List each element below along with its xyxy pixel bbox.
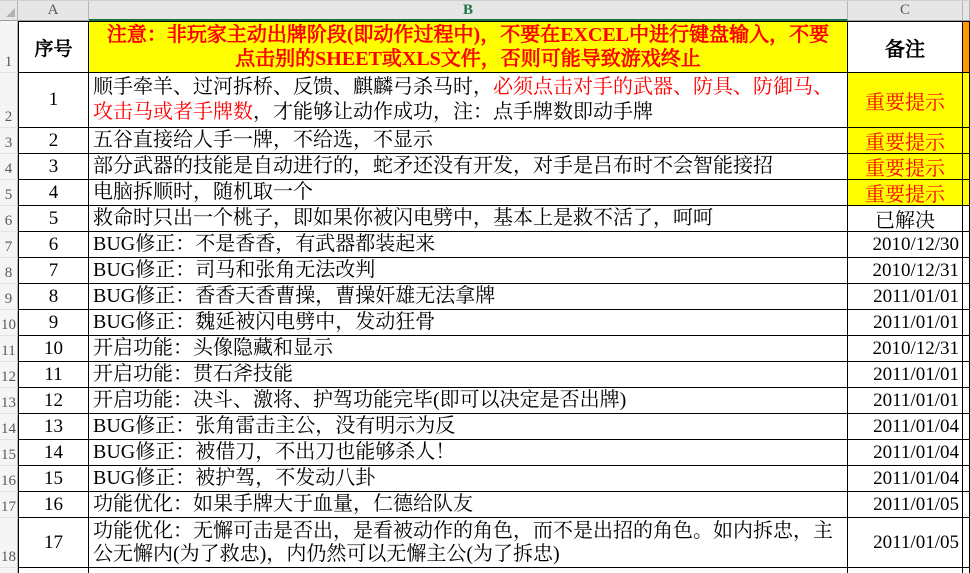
cell-A1[interactable]: 序号 <box>18 21 89 73</box>
cell-B7[interactable]: BUG修正：不是香香，有武器都装起来 <box>89 232 848 258</box>
cell-B13[interactable]: 开启功能：决斗、激将、护驾功能完毕(即可以决定是否出牌) <box>89 388 848 414</box>
cell-A18[interactable]: 17 <box>18 518 89 568</box>
cell-B16[interactable]: BUG修正：被护驾，不发动八卦 <box>89 466 848 492</box>
table-row: 1514BUG修正：被借刀，不出刀也能够杀人！2011/01/04 <box>0 440 970 466</box>
table-row: 65救命时只出一个桃子，即如果你被闪电劈中，基本上是救不活了，呵呵已解决 <box>0 206 970 232</box>
cell-text: 部分武器的技能是自动进行的，蛇矛还没有开发，对手是吕布时不会智能接招 <box>93 154 773 179</box>
cell-A13[interactable]: 12 <box>18 388 89 414</box>
cell-C12[interactable]: 2011/01/01 <box>848 362 963 388</box>
cell-text: 功能优化：如果手牌大于血量，仁德给队友 <box>93 492 473 517</box>
cell-text: 开启功能：头像隐藏和显示 <box>93 336 333 361</box>
cell-D3[interactable] <box>963 128 970 154</box>
cell-C18[interactable]: 2011/01/05 <box>848 518 963 568</box>
row-header-18[interactable]: 18 <box>0 518 18 568</box>
cell-A9[interactable]: 8 <box>18 284 89 310</box>
cell-A8[interactable]: 7 <box>18 258 89 284</box>
row-header-19[interactable] <box>0 568 18 573</box>
row-header-3[interactable]: 3 <box>0 128 18 154</box>
cell-B11[interactable]: 开启功能：头像隐藏和显示 <box>89 336 848 362</box>
cell-C8[interactable]: 2010/12/31 <box>848 258 963 284</box>
partial-row-19 <box>0 568 970 573</box>
cell-B14[interactable]: BUG修正：张角雷击主公，没有明示为反 <box>89 414 848 440</box>
cell-text: 功能优化：无懈可击是否出，是看被动作的角色，而不是出招的角色。如内拆忠，主 公无… <box>93 520 833 566</box>
text-segment: 开启功能：决斗、激将、护驾功能完毕(即可以决定是否出牌) <box>93 389 626 411</box>
table-row: 21顺手牵羊、过河拆桥、反馈、麒麟弓杀马时，必须点击对手的武器、防具、防御马、 … <box>0 73 970 128</box>
cell-A14[interactable]: 13 <box>18 414 89 440</box>
cell-C3[interactable]: 重要提示 <box>848 128 963 154</box>
cell-text: 顺手牵羊、过河拆桥、反馈、麒麟弓杀马时，必须点击对手的武器、防具、防御马、 攻击… <box>93 75 833 125</box>
cell-C16[interactable]: 2011/01/04 <box>848 466 963 492</box>
row-header-7[interactable]: 7 <box>0 232 18 258</box>
text-segment: BUG修正：被借刀，不出刀也能够杀人！ <box>93 441 455 463</box>
table-row: 109BUG修正：魏延被闪电劈中，发动狂骨2011/01/01 <box>0 310 970 336</box>
cell-text: BUG修正：不是香香，有武器都装起来 <box>93 232 435 257</box>
cell-D19[interactable] <box>963 568 970 573</box>
cell-text: 五谷直接给人手一牌，不给选，不显示 <box>93 128 433 153</box>
cell-A4[interactable]: 3 <box>18 154 89 180</box>
cell-C14[interactable]: 2011/01/04 <box>848 414 963 440</box>
text-segment: ，才能够让动作成功，注：点手牌数即动手牌 <box>253 101 653 123</box>
column-header-c[interactable]: C <box>848 1 963 21</box>
row-header-1[interactable]: 1 <box>0 21 18 73</box>
column-header-row: A B C <box>0 1 970 21</box>
cell-text: BUG修正：魏延被闪电劈中，发动狂骨 <box>93 310 435 335</box>
table-row: 43部分武器的技能是自动进行的，蛇矛还没有开发，对手是吕布时不会智能接招重要提示 <box>0 154 970 180</box>
cell-B15[interactable]: BUG修正：被借刀，不出刀也能够杀人！ <box>89 440 848 466</box>
row-header-14[interactable]: 14 <box>0 414 18 440</box>
cell-C13[interactable]: 2011/01/01 <box>848 388 963 414</box>
cell-text: BUG修正：被借刀，不出刀也能够杀人！ <box>93 440 455 465</box>
text-segment: BUG修正：不是香香，有武器都装起来 <box>93 233 435 255</box>
cell-B18[interactable]: 功能优化：无懈可击是否出，是看被动作的角色，而不是出招的角色。如内拆忠，主 公无… <box>89 518 848 568</box>
row-header-11[interactable]: 11 <box>0 336 18 362</box>
row-header-4[interactable]: 4 <box>0 154 18 180</box>
cell-D18[interactable] <box>963 518 970 568</box>
table-row: 98BUG修正：香香天香曹操，曹操奸雄无法拿牌2011/01/01 <box>0 284 970 310</box>
cell-text: BUG修正：被护驾，不发动八卦 <box>93 466 375 491</box>
cell-C19[interactable] <box>848 568 963 573</box>
cell-text: 电脑拆顺时，随机取一个 <box>93 180 313 205</box>
text-segment: BUG修正：被护驾，不发动八卦 <box>93 467 375 489</box>
cell-D9[interactable] <box>963 284 970 310</box>
cell-D14[interactable] <box>963 414 970 440</box>
cell-A19[interactable] <box>18 568 89 573</box>
column-header-a[interactable]: A <box>18 1 89 21</box>
warning-text-segment: 注意：非玩家主动出牌阶段(即动作过程中)，不要在EXCEL中进行键盘输入，不要 … <box>107 24 829 70</box>
text-segment: 救命时只出一个桃子，即如果你被闪电劈中，基本上是救不活了，呵呵 <box>93 207 713 229</box>
table-row: 1716功能优化：如果手牌大于血量，仁德给队友2011/01/05 <box>0 492 970 518</box>
text-segment: 五谷直接给人手一牌，不给选，不显示 <box>93 129 433 151</box>
text-segment: 开启功能：头像隐藏和显示 <box>93 337 333 359</box>
row-header-10[interactable]: 10 <box>0 310 18 336</box>
table-row: 87BUG修正：司马和张角无法改判2010/12/31 <box>0 258 970 284</box>
cell-B2[interactable]: 顺手牵羊、过河拆桥、反馈、麒麟弓杀马时，必须点击对手的武器、防具、防御马、 攻击… <box>89 73 848 128</box>
table-row: 1110开启功能：头像隐藏和显示2010/12/31 <box>0 336 970 362</box>
cell-text: BUG修正：司马和张角无法改判 <box>93 258 375 283</box>
text-segment: 顺手牵羊、过河拆桥、反馈、麒麟弓杀马时， <box>93 76 493 98</box>
cell-A7[interactable]: 6 <box>18 232 89 258</box>
cell-B19[interactable] <box>89 568 848 573</box>
cell-C7[interactable]: 2010/12/30 <box>848 232 963 258</box>
cell-D13[interactable] <box>963 388 970 414</box>
cell-C1[interactable]: 备注 <box>848 21 963 73</box>
row-header-17[interactable]: 17 <box>0 492 18 518</box>
cell-A10[interactable]: 9 <box>18 310 89 336</box>
cell-A17[interactable]: 16 <box>18 492 89 518</box>
row-header-13[interactable]: 13 <box>0 388 18 414</box>
select-all-corner[interactable] <box>0 1 18 21</box>
cell-D8[interactable] <box>963 258 970 284</box>
cell-A12[interactable]: 11 <box>18 362 89 388</box>
cell-C9[interactable]: 2011/01/01 <box>848 284 963 310</box>
row-header-9[interactable]: 9 <box>0 284 18 310</box>
cell-A16[interactable]: 15 <box>18 466 89 492</box>
cell-text: 救命时只出一个桃子，即如果你被闪电劈中，基本上是救不活了，呵呵 <box>93 206 713 231</box>
table-row: 1序号注意：非玩家主动出牌阶段(即动作过程中)，不要在EXCEL中进行键盘输入，… <box>0 21 970 73</box>
cell-B9[interactable]: BUG修正：香香天香曹操，曹操奸雄无法拿牌 <box>89 284 848 310</box>
table-row: 1312开启功能：决斗、激将、护驾功能完毕(即可以决定是否出牌)2011/01/… <box>0 388 970 414</box>
cell-D4[interactable] <box>963 154 970 180</box>
text-segment: 开启功能：贯石斧技能 <box>93 363 293 385</box>
cell-A15[interactable]: 14 <box>18 440 89 466</box>
cell-D16[interactable] <box>963 466 970 492</box>
cell-D11[interactable] <box>963 336 970 362</box>
cell-D2[interactable] <box>963 73 970 128</box>
row-header-6[interactable]: 6 <box>0 206 18 232</box>
cell-C2[interactable]: 重要提示 <box>848 73 963 128</box>
cell-D12[interactable] <box>963 362 970 388</box>
text-segment: 功能优化：如果手牌大于血量，仁德给队友 <box>93 493 473 515</box>
cell-B4[interactable]: 部分武器的技能是自动进行的，蛇矛还没有开发，对手是吕布时不会智能接招 <box>89 154 848 180</box>
cell-text: 开启功能：决斗、激将、护驾功能完毕(即可以决定是否出牌) <box>93 388 626 413</box>
cell-B8[interactable]: BUG修正：司马和张角无法改判 <box>89 258 848 284</box>
cell-A3[interactable]: 2 <box>18 128 89 154</box>
cell-D17[interactable] <box>963 492 970 518</box>
text-segment: 部分武器的技能是自动进行的，蛇矛还没有开发，对手是吕布时不会智能接招 <box>93 155 773 177</box>
select-all-icon <box>6 8 15 17</box>
cell-C11[interactable]: 2010/12/31 <box>848 336 963 362</box>
cell-A6[interactable]: 5 <box>18 206 89 232</box>
cell-C4[interactable]: 重要提示 <box>848 154 963 180</box>
row-header-8[interactable]: 8 <box>0 258 18 284</box>
row-header-5[interactable]: 5 <box>0 180 18 206</box>
table-row: 32五谷直接给人手一牌，不给选，不显示重要提示 <box>0 128 970 154</box>
cell-text: 注意：非玩家主动出牌阶段(即动作过程中)，不要在EXCEL中进行键盘输入，不要 … <box>107 23 829 71</box>
table-row: 1817功能优化：无懈可击是否出，是看被动作的角色，而不是出招的角色。如内拆忠，… <box>0 518 970 568</box>
cell-A5[interactable]: 4 <box>18 180 89 206</box>
cell-D15[interactable] <box>963 440 970 466</box>
cell-D1[interactable] <box>963 21 970 73</box>
cell-text: 开启功能：贯石斧技能 <box>93 362 293 387</box>
cell-B1[interactable]: 注意：非玩家主动出牌阶段(即动作过程中)，不要在EXCEL中进行键盘输入，不要 … <box>89 21 848 73</box>
cell-B12[interactable]: 开启功能：贯石斧技能 <box>89 362 848 388</box>
text-segment: 功能优化：无懈可击是否出，是看被动作的角色，而不是出招的角色。如内拆忠，主 公无… <box>93 520 833 565</box>
cell-text: BUG修正：香香天香曹操，曹操奸雄无法拿牌 <box>93 284 495 309</box>
cell-D10[interactable] <box>963 310 970 336</box>
cell-D6[interactable] <box>963 206 970 232</box>
row-header-16[interactable]: 16 <box>0 466 18 492</box>
text-segment: 电脑拆顺时，随机取一个 <box>93 181 313 203</box>
cell-C10[interactable]: 2011/01/01 <box>848 310 963 336</box>
spreadsheet: A B C 1序号注意：非玩家主动出牌阶段(即动作过程中)，不要在EXCEL中进… <box>0 0 970 573</box>
table-row: 1615BUG修正：被护驾，不发动八卦2011/01/04 <box>0 466 970 492</box>
column-header-b[interactable]: B <box>89 1 848 21</box>
cell-text: BUG修正：张角雷击主公，没有明示为反 <box>93 414 455 439</box>
text-segment: BUG修正：魏延被闪电劈中，发动狂骨 <box>93 311 435 333</box>
cell-B10[interactable]: BUG修正：魏延被闪电劈中，发动狂骨 <box>89 310 848 336</box>
cell-D5[interactable] <box>963 180 970 206</box>
cell-C6[interactable]: 已解决 <box>848 206 963 232</box>
cell-C17[interactable]: 2011/01/05 <box>848 492 963 518</box>
cell-D7[interactable] <box>963 232 970 258</box>
table-row: 76BUG修正：不是香香，有武器都装起来2010/12/30 <box>0 232 970 258</box>
sheet-rows: 1序号注意：非玩家主动出牌阶段(即动作过程中)，不要在EXCEL中进行键盘输入，… <box>0 21 970 568</box>
cell-B17[interactable]: 功能优化：如果手牌大于血量，仁德给队友 <box>89 492 848 518</box>
text-segment: BUG修正：张角雷击主公，没有明示为反 <box>93 415 455 437</box>
cell-B6[interactable]: 救命时只出一个桃子，即如果你被闪电劈中，基本上是救不活了，呵呵 <box>89 206 848 232</box>
cell-A11[interactable]: 10 <box>18 336 89 362</box>
table-row: 54电脑拆顺时，随机取一个重要提示 <box>0 180 970 206</box>
table-row: 1211开启功能：贯石斧技能2011/01/01 <box>0 362 970 388</box>
cell-B3[interactable]: 五谷直接给人手一牌，不给选，不显示 <box>89 128 848 154</box>
text-segment: BUG修正：香香天香曹操，曹操奸雄无法拿牌 <box>93 285 495 307</box>
cell-A2[interactable]: 1 <box>18 73 89 128</box>
text-segment: BUG修正：司马和张角无法改判 <box>93 259 375 281</box>
row-header-12[interactable]: 12 <box>0 362 18 388</box>
row-header-2[interactable]: 2 <box>0 73 18 128</box>
table-row: 1413BUG修正：张角雷击主公，没有明示为反2011/01/04 <box>0 414 970 440</box>
cell-C15[interactable]: 2011/01/04 <box>848 440 963 466</box>
row-header-15[interactable]: 15 <box>0 440 18 466</box>
cell-B5[interactable]: 电脑拆顺时，随机取一个 <box>89 180 848 206</box>
column-header-d[interactable] <box>963 1 970 21</box>
cell-C5[interactable]: 重要提示 <box>848 180 963 206</box>
